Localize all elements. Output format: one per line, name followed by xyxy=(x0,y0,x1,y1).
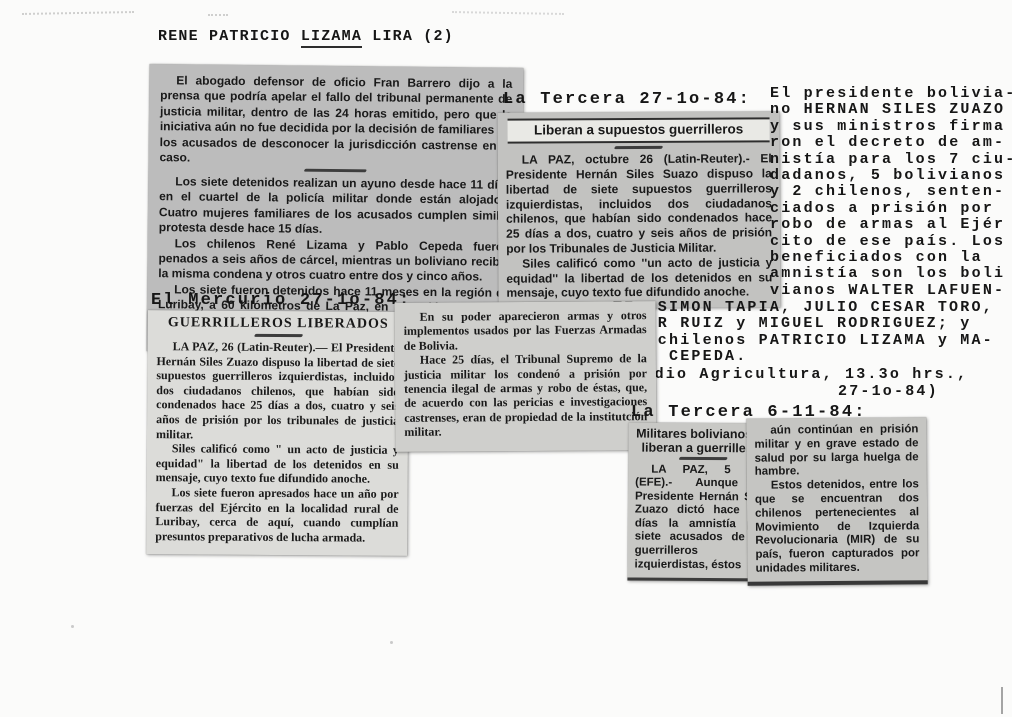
clipping-paragraph: Siles calificó como " un acto de justici… xyxy=(156,441,399,486)
typewritten-line: y 2 chilenos, senten- xyxy=(770,184,1012,200)
clipping-paragraph: aún continúan en prisión militar y en gr… xyxy=(754,423,918,480)
clipping-paragraph: En su poder aparecieron armas y otros im… xyxy=(404,308,647,353)
clipping-paragraphs: El abogado defensor de oficio Fran Barre… xyxy=(159,73,512,169)
clipping-paragraph: Hace 25 días, el Tribunal Supremo de la … xyxy=(404,351,648,439)
typewritten-line: no HERNAN SILES ZUAZO xyxy=(770,102,1012,118)
clipping-weapons-fragment: En su poder aparecieron armas y otros im… xyxy=(394,301,656,452)
pencil-mark xyxy=(452,11,564,15)
divider-squiggle xyxy=(254,333,303,336)
clipping-paragraph: Los siete fueron apresados hace un año p… xyxy=(155,485,398,545)
typewritten-line: amnistía son los boli xyxy=(770,266,1012,282)
clipping-guerrilleros-liberados: GUERRILLEROS LIBERADOS LA PAZ, 26 (Latin… xyxy=(146,310,409,556)
page-title-suffix: LIRA (2) xyxy=(362,28,454,45)
typewritten-line: El presidente bolivia- xyxy=(770,86,1012,102)
clipping-paragraphs: LA PAZ, octubre 26 (Latin-Reuter).- El P… xyxy=(506,152,773,301)
heading-el-mercurio-27-10-84: El Mercurio 27-1o-84: xyxy=(151,291,411,310)
clipping-paragraph: Los siete detenidos realizan un ayuno de… xyxy=(159,174,512,239)
clipping-paragraphs: En su poder aparecieron armas y otros im… xyxy=(404,308,648,439)
page-title-prefix: RENE PATRICIO xyxy=(158,28,301,45)
clipping-paragraph: LA PAZ, octubre 26 (Latin-Reuter).- El P… xyxy=(506,152,773,257)
clipping-headline: Liberan a supuestos guerrilleros xyxy=(508,117,770,143)
typewritten-line: y sus ministros firma xyxy=(770,119,1012,135)
typewritten-amnesty-wide: TE, SIMON TAPIA, JULIO CESAR TORO,OSCAR … xyxy=(613,300,1012,366)
typewritten-line: robo de armas al Ejér xyxy=(770,217,1012,233)
pencil-mark xyxy=(208,14,228,16)
clipping-paragraphs: LA PAZ, 26 (Latin-Reuter).— El President… xyxy=(155,339,399,545)
clipping-paragraph: Estos detenidos, entre los que se encuen… xyxy=(755,478,920,576)
typewritten-credit-line: 27-1o-84) xyxy=(838,384,939,400)
clipping-headline: GUERRILLEROS LIBERADOS xyxy=(157,316,400,332)
typewritten-amnesty-column: El presidente bolivia-no HERNAN SILES ZU… xyxy=(770,86,1012,299)
pencil-mark xyxy=(22,11,134,15)
clipping-liberan-guerrilleros: Liberan a supuestos guerrilleros LA PAZ,… xyxy=(497,111,780,309)
typewritten-line: dadanos, 5 bolivianos xyxy=(770,168,1012,184)
scan-speck xyxy=(71,625,74,628)
typewritten-line: NUEL CEPEDA. xyxy=(613,349,1012,365)
divider-squiggle xyxy=(614,146,663,149)
heading-la-tercera-27-10-84: La Tercera 27-1o-84: xyxy=(503,90,751,109)
clipping-paragraph: Siles calificó como ''un acto de justici… xyxy=(506,255,772,301)
divider-squiggle xyxy=(304,169,367,172)
clipping-militares-right-column: aún continúan en prisión militar y en gr… xyxy=(746,417,927,586)
clipping-paragraph: Los chilenos René Lizama y Pablo Cepeda … xyxy=(158,236,510,286)
scan-edge-line xyxy=(1001,687,1003,714)
clipping-paragraph: El abogado defensor de oficio Fran Barre… xyxy=(159,73,512,169)
typewritten-line: ron el decreto de am- xyxy=(770,135,1012,151)
divider-squiggle xyxy=(679,457,728,460)
page-title: RENE PATRICIO LIZAMA LIRA (2) xyxy=(158,28,454,45)
typewritten-line: TE, SIMON TAPIA, JULIO CESAR TORO, xyxy=(613,300,1012,316)
typewritten-line: los chilenos PATRICIO LIZAMA y MA- xyxy=(613,333,1012,349)
scanned-page: RENE PATRICIO LIZAMA LIRA (2) El abogado… xyxy=(0,0,1012,717)
scan-speck xyxy=(390,641,393,644)
typewritten-line: nistía para los 7 ciu- xyxy=(770,152,1012,168)
typewritten-line: vianos WALTER LAFUEN- xyxy=(770,283,1012,299)
typewritten-line: beneficiados con la xyxy=(770,250,1012,266)
typewritten-line: cito de ese país. Los xyxy=(770,234,1012,250)
typewritten-credit-line: (Radio Agricultura, 13.3o hrs., xyxy=(621,367,968,383)
clipping-paragraphs: aún continúan en prisión militar y en gr… xyxy=(754,423,919,576)
typewritten-line: ciados a prisión por xyxy=(770,201,1012,217)
clipping-paragraph: LA PAZ, 26 (Latin-Reuter).— El President… xyxy=(156,339,400,443)
page-title-underlined: LIZAMA xyxy=(301,28,362,48)
typewritten-line: OSCAR RUIZ y MIGUEL RODRIGUEZ; y xyxy=(613,316,1012,332)
